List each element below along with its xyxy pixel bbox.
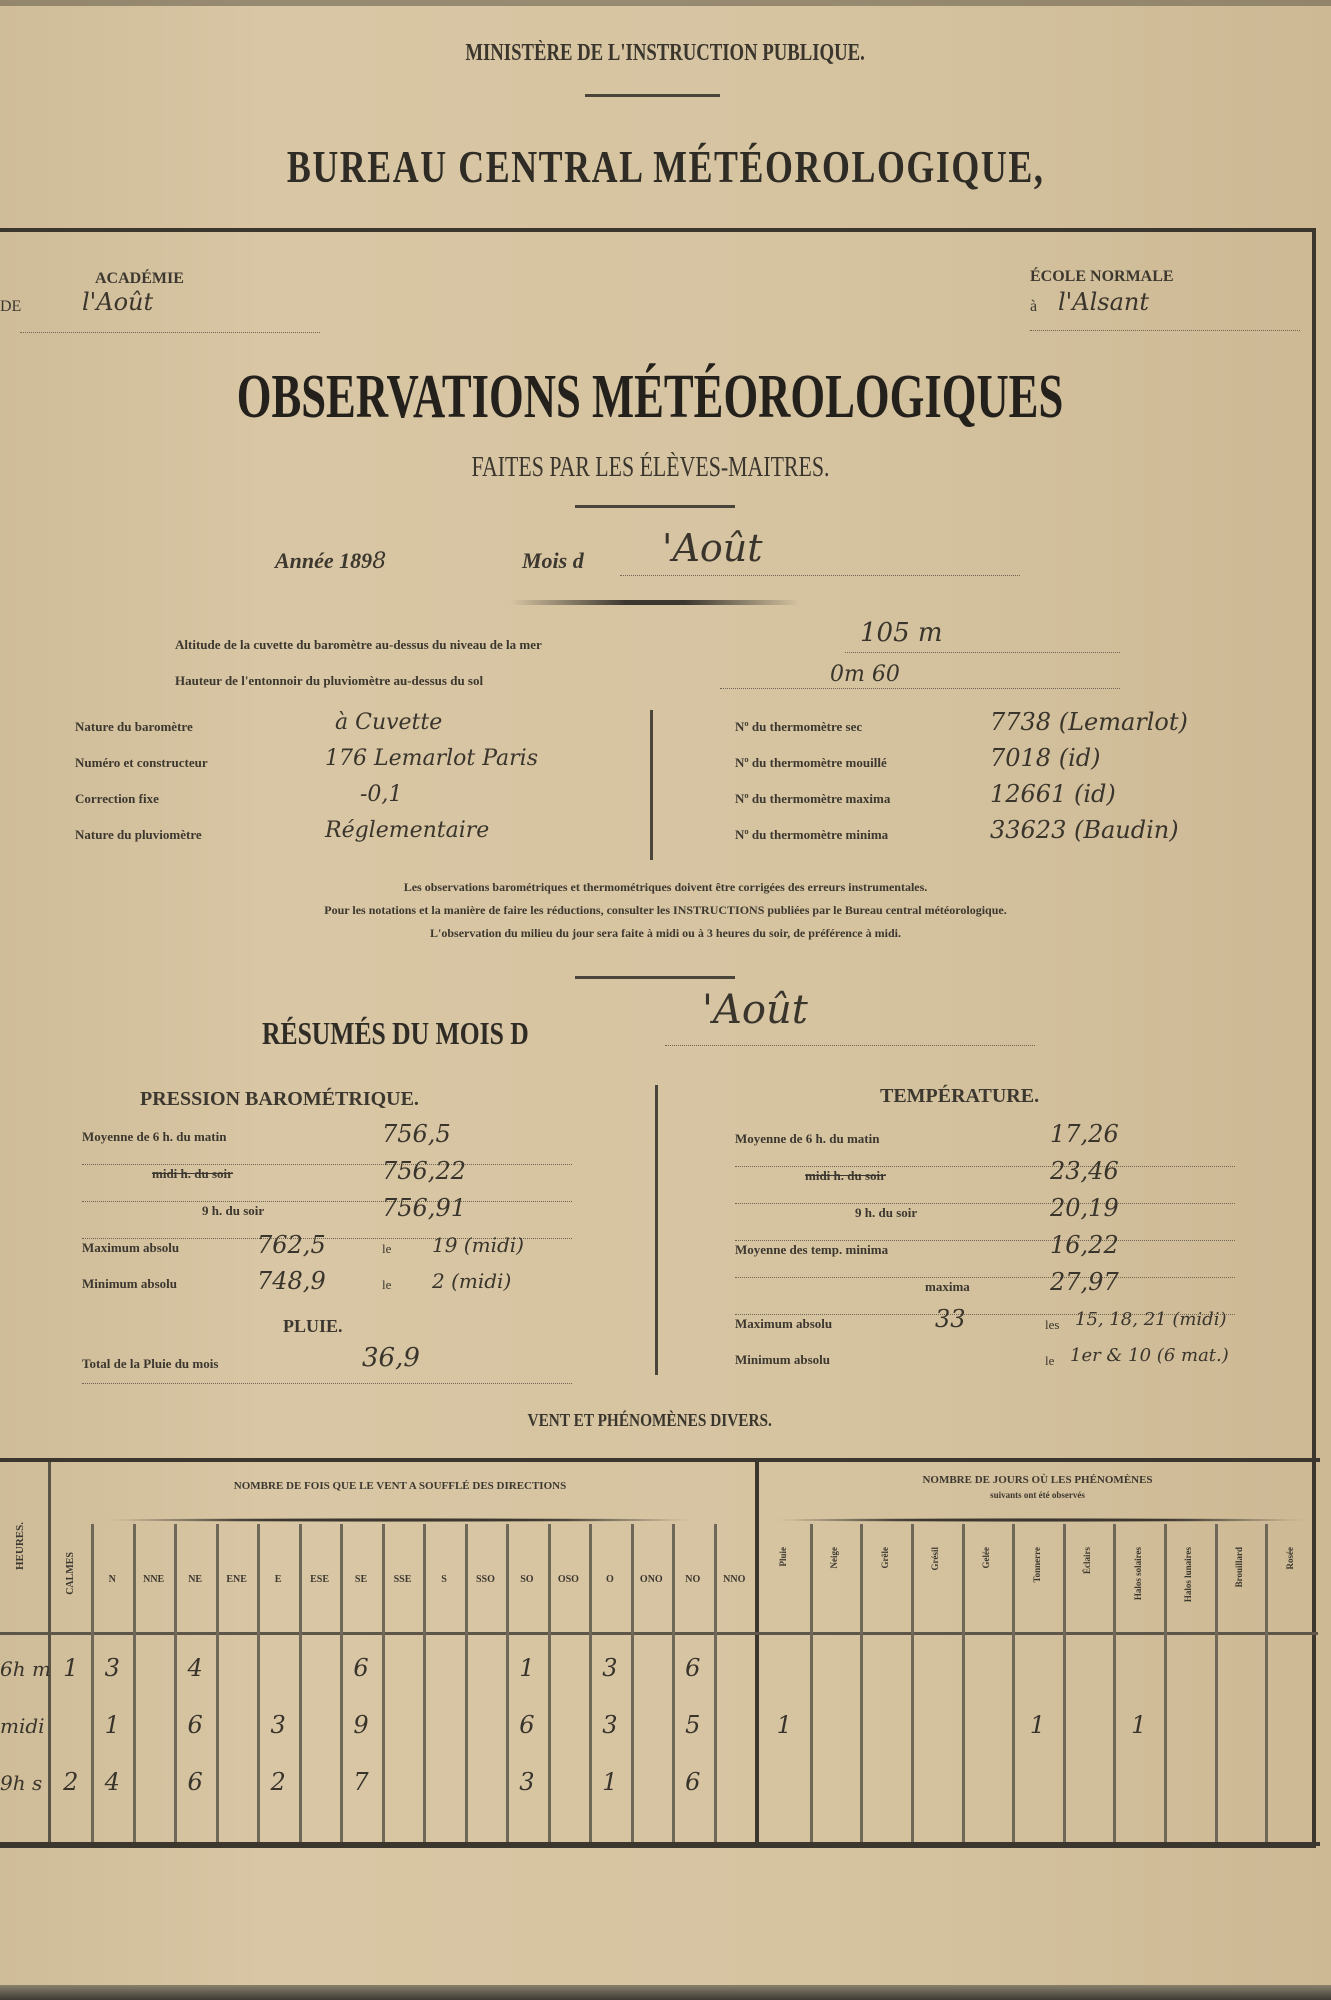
pressure-day-label: le bbox=[382, 1277, 391, 1293]
rain-gauge-label: Hauteur de l'entonnoir du pluviomètre au… bbox=[175, 673, 483, 689]
wind-column-header: NO bbox=[672, 1574, 713, 1585]
phen-cell: 1 bbox=[769, 1711, 799, 1739]
instrument-label: Numéro et constructeur bbox=[75, 755, 208, 770]
wind-cell: 4 bbox=[97, 1768, 127, 1796]
wind-cell: 3 bbox=[97, 1654, 127, 1682]
year-field: Année 1898 bbox=[275, 548, 386, 574]
instruments-left: Nature du baromètre à Cuvette Numéro et … bbox=[75, 718, 635, 862]
wind-column-line bbox=[714, 1524, 717, 1842]
pressure-day: 2 (midi) bbox=[432, 1269, 511, 1293]
summary-title: RÉSUMÉS DU MOIS D 'Août bbox=[262, 1015, 595, 1052]
wind-phenomena-table: HEURES. NOMBRE DE FOIS QUE LE VENT A SOU… bbox=[0, 1458, 1320, 1846]
instrument-value: 33623 (Baudin) bbox=[990, 816, 1179, 844]
phen-column-line bbox=[1164, 1524, 1167, 1842]
instrument-label: Nature du pluviomètre bbox=[75, 827, 202, 842]
notes-block: Les observations barométriques et thermo… bbox=[0, 880, 1331, 941]
hours-column-header: HEURES. bbox=[14, 1522, 26, 1570]
rain-row: Total de la Pluie du mois 36,9 bbox=[82, 1355, 572, 1384]
phen-group-subheader: suivants ont été observés bbox=[760, 1490, 1315, 1500]
month-underline bbox=[620, 575, 1020, 576]
instrument-label: Nº du thermomètre minima bbox=[735, 827, 888, 842]
pressure-row: midi h. du soir 756,22 bbox=[82, 1165, 572, 1202]
wind-cell: 6 bbox=[678, 1768, 708, 1796]
pressure-label: 9 h. du soir bbox=[82, 1203, 264, 1218]
temperature-row: 9 h. du soir 20,19 bbox=[735, 1204, 1235, 1241]
wind-column-header: SSO bbox=[465, 1574, 506, 1585]
phen-column-line bbox=[911, 1524, 914, 1842]
instrument-row: Nº du thermomètre minima 33623 (Baudin) bbox=[735, 826, 1295, 862]
title-block: OBSERVATIONS MÉTÉOROLOGIQUES bbox=[0, 362, 1300, 433]
wind-phen-divider bbox=[755, 1462, 759, 1842]
wind-cell: 6 bbox=[180, 1768, 210, 1796]
academy-value: l'Août bbox=[82, 288, 153, 316]
wind-column-header: CALMES bbox=[65, 1552, 76, 1595]
note-line: Les observations barométriques et thermo… bbox=[0, 880, 1331, 895]
wind-column-header: SE bbox=[340, 1574, 381, 1585]
phen-column-header: Grêle bbox=[880, 1547, 890, 1569]
phen-brace bbox=[770, 1518, 1310, 1522]
temperature-label: 9 h. du soir bbox=[735, 1205, 917, 1220]
academy-field: DE l'Août bbox=[0, 298, 320, 316]
wind-group-header: NOMBRE DE FOIS QUE LE VENT A SOUFFLÉ DES… bbox=[50, 1480, 750, 1492]
phen-column-header: Pluie bbox=[778, 1547, 788, 1567]
wind-cell: 2 bbox=[263, 1768, 293, 1796]
header-divider bbox=[585, 94, 720, 97]
temperature-label: midi h. du soir bbox=[735, 1168, 886, 1183]
row-hour-label: 9h s bbox=[0, 1771, 42, 1795]
wind-brace bbox=[100, 1518, 700, 1522]
wind-column-header: ONO bbox=[631, 1574, 672, 1585]
phen-column-line bbox=[1265, 1524, 1268, 1842]
pressure-day-label: le bbox=[382, 1241, 391, 1257]
temperature-label: Minimum absolu bbox=[735, 1352, 830, 1367]
phen-group-header: NOMBRE DE JOURS OÙ LES PHÉNOMÈNES bbox=[760, 1474, 1315, 1486]
altitude-underline bbox=[845, 652, 1120, 653]
school-value: l'Alsant bbox=[1058, 288, 1149, 316]
phen-column-header: Éclairs bbox=[1082, 1547, 1092, 1574]
phen-column-line bbox=[1215, 1524, 1218, 1842]
subheader-rule bbox=[50, 1632, 1318, 1635]
pressure-label: Moyenne de 6 h. du matin bbox=[82, 1129, 226, 1144]
wind-column-line bbox=[257, 1524, 260, 1842]
academy-underline bbox=[20, 332, 320, 333]
wind-section-title: VENT ET PHÉNOMÈNES DIVERS. bbox=[0, 1410, 1300, 1431]
rain-label: Total de la Pluie du mois bbox=[82, 1356, 218, 1371]
wind-cell: 6 bbox=[512, 1711, 542, 1739]
wind-column-line bbox=[423, 1524, 426, 1842]
month-value: 'Août bbox=[662, 526, 763, 570]
temperature-label: maxima bbox=[735, 1279, 970, 1294]
wind-column-line bbox=[631, 1524, 634, 1842]
notes-divider bbox=[575, 976, 735, 979]
rain-value: 36,9 bbox=[362, 1343, 420, 1373]
wind-column-line bbox=[548, 1524, 551, 1842]
pressure-value: 756,5 bbox=[382, 1120, 451, 1148]
wind-column-header: O bbox=[589, 1574, 630, 1585]
academy-label: ACADÉMIE bbox=[95, 270, 184, 288]
instrument-value: Réglementaire bbox=[325, 818, 489, 843]
wind-cell: 9 bbox=[346, 1711, 376, 1739]
temperature-day: 1er & 10 (6 mat.) bbox=[1070, 1345, 1229, 1366]
wind-column-line bbox=[672, 1524, 675, 1842]
summary-label: RÉSUMÉS DU MOIS D bbox=[262, 1015, 529, 1052]
wind-cell: 7 bbox=[346, 1768, 376, 1796]
main-title: OBSERVATIONS MÉTÉOROLOGIQUES bbox=[237, 362, 1064, 433]
phen-column-header: Halos lunaires bbox=[1183, 1547, 1193, 1602]
subtitle-block: FAITES PAR LES ÉLÈVES-MAITRES. bbox=[0, 452, 1300, 484]
instrument-value: 12661 (id) bbox=[990, 780, 1116, 808]
temperature-label: Maximum absolu bbox=[735, 1316, 832, 1331]
instrument-label: Nature du baromètre bbox=[75, 719, 193, 734]
temperature-label: Moyenne des temp. minima bbox=[735, 1242, 888, 1257]
wind-cell: 6 bbox=[678, 1654, 708, 1682]
instruments-divider bbox=[650, 710, 653, 860]
wind-cell: 3 bbox=[512, 1768, 542, 1796]
phen-column-header: Rosée bbox=[1285, 1547, 1295, 1570]
wind-cell: 2 bbox=[56, 1768, 86, 1796]
pressure-label: Minimum absolu bbox=[82, 1276, 177, 1291]
summary-underline bbox=[665, 1045, 1035, 1046]
wind-cell: 1 bbox=[512, 1654, 542, 1682]
temperature-row: Moyenne de 6 h. du matin 17,26 bbox=[735, 1130, 1235, 1167]
rain-heading: PLUIE. bbox=[283, 1316, 343, 1337]
phen-column-header: Brouillard bbox=[1234, 1547, 1244, 1587]
temperature-value: 17,26 bbox=[1050, 1120, 1119, 1148]
wind-column-header: N bbox=[91, 1574, 132, 1585]
temperature-value: 27,97 bbox=[1050, 1268, 1119, 1296]
wind-cell: 3 bbox=[263, 1711, 293, 1739]
temperature-row: midi h. du soir 23,46 bbox=[735, 1167, 1235, 1204]
wind-column-line bbox=[382, 1524, 385, 1842]
wind-column-line bbox=[340, 1524, 343, 1842]
pressure-block: Moyenne de 6 h. du matin 756,5 midi h. d… bbox=[82, 1128, 572, 1311]
instrument-value: 7738 (Lemarlot) bbox=[990, 708, 1188, 736]
instrument-value: 7018 (id) bbox=[990, 744, 1100, 772]
instrument-label: Nº du thermomètre maxima bbox=[735, 791, 890, 806]
wind-cell: 1 bbox=[56, 1654, 86, 1682]
phen-column-line bbox=[1063, 1524, 1066, 1842]
instruments-right: Nº du thermomètre sec 7738 (Lemarlot) Nº… bbox=[735, 718, 1295, 862]
wind-cell: 6 bbox=[346, 1654, 376, 1682]
wind-column-header: ESE bbox=[299, 1574, 340, 1585]
instrument-row: Nature du pluviomètre Réglementaire bbox=[75, 826, 635, 862]
temperature-day-label: les bbox=[1045, 1317, 1059, 1333]
phen-cell: 1 bbox=[1124, 1711, 1154, 1739]
instrument-value: à Cuvette bbox=[335, 710, 442, 735]
note-line: L'observation du milieu du jour sera fai… bbox=[0, 926, 1331, 941]
pressure-value: 748,9 bbox=[257, 1267, 326, 1295]
phen-column-line bbox=[1012, 1524, 1015, 1842]
school-underline bbox=[1030, 330, 1300, 331]
period-divider bbox=[510, 600, 800, 605]
school-field: à l'Alsant bbox=[1030, 298, 1300, 316]
pressure-value: 756,22 bbox=[382, 1157, 466, 1185]
wind-column-header: ENE bbox=[216, 1574, 257, 1585]
phen-column-header: Tonnerre bbox=[1032, 1547, 1042, 1583]
temperature-row: Minimum absolu le 1er & 10 (6 mat.) bbox=[735, 1351, 1235, 1387]
temperature-value: 20,19 bbox=[1050, 1194, 1119, 1222]
wind-column-header: SSE bbox=[382, 1574, 423, 1585]
wind-column-line bbox=[216, 1524, 219, 1842]
instrument-label: Nº du thermomètre sec bbox=[735, 719, 862, 734]
pressure-heading: PRESSION BAROMÉTRIQUE. bbox=[140, 1088, 419, 1111]
summary-month: 'Août bbox=[702, 987, 808, 1033]
wind-cell: 3 bbox=[595, 1654, 625, 1682]
temperature-heading: TEMPÉRATURE. bbox=[880, 1085, 1039, 1108]
wind-cell: 4 bbox=[180, 1654, 210, 1682]
altitude-value: 105 m bbox=[860, 618, 943, 648]
altitude-label: Altitude de la cuvette du baromètre au-d… bbox=[175, 637, 542, 653]
row-hour-label: 6h m bbox=[0, 1657, 51, 1681]
temperature-block: Moyenne de 6 h. du matin 17,26 midi h. d… bbox=[735, 1130, 1235, 1387]
month-label: Mois d bbox=[522, 548, 584, 573]
phen-cell: 1 bbox=[1023, 1711, 1053, 1739]
phen-column-line bbox=[962, 1524, 965, 1842]
subtitle: FAITES PAR LES ÉLÈVES-MAITRES. bbox=[471, 452, 829, 484]
ministry-title: MINISTÈRE DE L'INSTRUCTION PUBLIQUE. bbox=[466, 40, 865, 67]
phen-column-header: Neige bbox=[829, 1547, 839, 1569]
wind-column-line bbox=[91, 1524, 94, 1842]
temperature-label: Moyenne de 6 h. du matin bbox=[735, 1131, 879, 1146]
pressure-row: Minimum absolu 748,9 le 2 (midi) bbox=[82, 1275, 572, 1311]
pressure-day: 19 (midi) bbox=[432, 1233, 524, 1257]
wind-column-header: NNE bbox=[133, 1574, 174, 1585]
note-line: Pour les notations et la manière de fair… bbox=[0, 903, 1331, 918]
phen-column-header: Gelée bbox=[981, 1547, 991, 1569]
wind-column-header: S bbox=[423, 1574, 464, 1585]
instrument-value: -0,1 bbox=[360, 782, 402, 807]
year-value: 8 bbox=[372, 549, 386, 574]
row-hour-label: midi bbox=[0, 1714, 45, 1738]
wind-column-header: NE bbox=[174, 1574, 215, 1585]
wind-cell: 3 bbox=[595, 1711, 625, 1739]
month-field: Mois d 'Août bbox=[522, 548, 584, 574]
phen-column-line bbox=[1113, 1524, 1116, 1842]
phen-column-header: Halos solaires bbox=[1133, 1547, 1143, 1600]
pressure-label: midi h. du soir bbox=[82, 1166, 233, 1181]
wind-column-header: NNO bbox=[714, 1574, 755, 1585]
pressure-value: 762,5 bbox=[257, 1231, 326, 1259]
phen-column-line bbox=[860, 1524, 863, 1842]
instrument-row: Numéro et constructeur 176 Lemarlot Pari… bbox=[75, 754, 635, 790]
academy-prefix: DE bbox=[0, 298, 21, 315]
pressure-label: Maximum absolu bbox=[82, 1240, 179, 1255]
wind-column-line bbox=[589, 1524, 592, 1842]
rain-gauge-value: 0m 60 bbox=[830, 662, 900, 687]
page-edge-top bbox=[0, 0, 1331, 6]
wind-cell: 1 bbox=[595, 1768, 625, 1796]
pressure-value: 756,91 bbox=[382, 1194, 466, 1222]
summary-divider bbox=[655, 1085, 658, 1375]
temperature-day: 15, 18, 21 (midi) bbox=[1075, 1309, 1226, 1330]
wind-column-line bbox=[299, 1524, 302, 1842]
page-edge-bottom bbox=[0, 1985, 1331, 2000]
instrument-label: Correction fixe bbox=[75, 791, 159, 806]
wind-cell: 6 bbox=[180, 1711, 210, 1739]
phen-column-header: Grésil bbox=[930, 1547, 940, 1571]
instrument-label: Nº du thermomètre mouillé bbox=[735, 755, 887, 770]
wind-cell: 1 bbox=[97, 1711, 127, 1739]
wind-column-line bbox=[465, 1524, 468, 1842]
temperature-row: Moyenne des temp. minima 16,22 bbox=[735, 1241, 1235, 1278]
wind-column-line bbox=[506, 1524, 509, 1842]
wind-column-header: SO bbox=[506, 1574, 547, 1585]
bureau-header: BUREAU CENTRAL MÉTÉOROLOGIQUE, bbox=[0, 140, 1331, 193]
ministry-header: MINISTÈRE DE L'INSTRUCTION PUBLIQUE. bbox=[0, 40, 1331, 67]
rain-gauge-underline bbox=[720, 688, 1120, 689]
wind-column-line bbox=[174, 1524, 177, 1842]
wind-column-header: OSO bbox=[548, 1574, 589, 1585]
instrument-value: 176 Lemarlot Paris bbox=[325, 746, 538, 771]
temperature-value: 16,22 bbox=[1050, 1231, 1119, 1259]
pressure-row: Moyenne de 6 h. du matin 756,5 bbox=[82, 1128, 572, 1165]
subheader-rule-hours bbox=[0, 1632, 48, 1635]
hours-column-divider bbox=[48, 1462, 51, 1842]
wind-column-line bbox=[133, 1524, 136, 1842]
temperature-value: 33 bbox=[935, 1305, 966, 1333]
temperature-value: 23,46 bbox=[1050, 1157, 1119, 1185]
wind-cell: 5 bbox=[678, 1711, 708, 1739]
wind-column-header: E bbox=[257, 1574, 298, 1585]
school-prefix: à bbox=[1030, 298, 1037, 315]
phen-column-line bbox=[810, 1524, 813, 1842]
year-label: Année 189 bbox=[275, 548, 372, 573]
school-label: ÉCOLE NORMALE bbox=[1030, 268, 1174, 286]
bureau-title: BUREAU CENTRAL MÉTÉOROLOGIQUE, bbox=[287, 140, 1045, 193]
wind-section-label: VENT ET PHÉNOMÈNES DIVERS. bbox=[528, 1410, 772, 1431]
temperature-day-label: le bbox=[1045, 1353, 1054, 1369]
title-divider bbox=[575, 505, 735, 508]
